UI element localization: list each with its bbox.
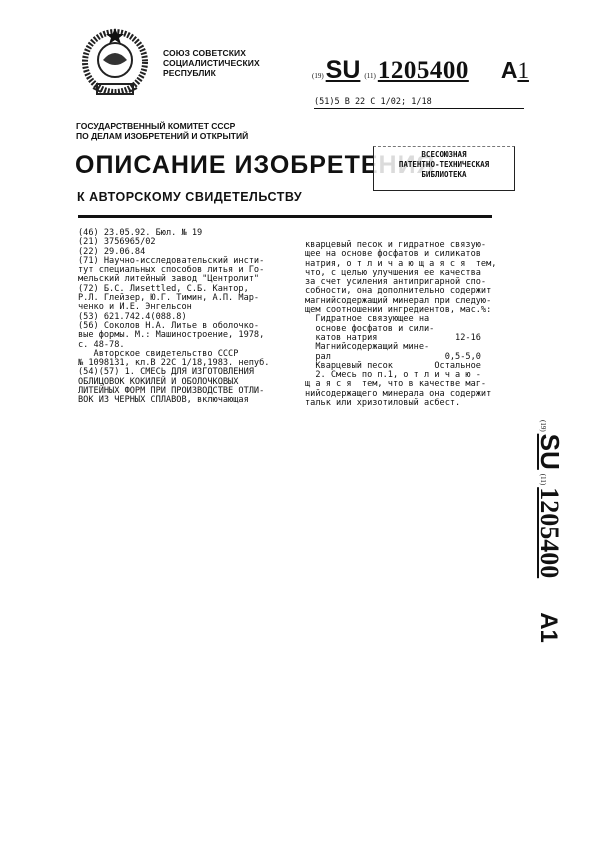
stamp-line: ВСЕСОЮЗНАЯ	[374, 150, 514, 160]
stamp-line: БИБЛИОТЕКА	[374, 170, 514, 180]
ussr-emblem-icon	[73, 22, 157, 106]
country-code: SU	[326, 56, 361, 84]
side-patent-number: (19)SU (11)1205400 A1	[535, 420, 565, 680]
text-line: ВОК ИЗ ЧЕРНЫХ СПЛАВОВ, включающая	[78, 396, 269, 405]
committee-name: ГОСУДАРСТВЕННЫЙ КОМИТЕТ СССР ПО ДЕЛАМ ИЗ…	[76, 121, 248, 141]
text-line: тальк или хризотиловый асбест.	[305, 399, 496, 408]
stamp-line: ПАТЕНТНО-ТЕХНИЧЕСКАЯ	[374, 160, 514, 170]
union-line: СОЦИАЛИСТИЧЕСКИХ	[163, 58, 260, 68]
side-country-code: SU	[535, 434, 565, 470]
committee-line: ПО ДЕЛАМ ИЗОБРЕТЕНИЙ И ОТКРЫТИЙ	[76, 131, 248, 141]
patent-number: 1205400	[378, 57, 469, 84]
bibliographic-column: (46) 23.05.92. Бюл. № 19(21) 3756965/02(…	[78, 229, 269, 406]
union-line: РЕСПУБЛИК	[163, 68, 260, 78]
ipc-classification: (51)5 B 22 C 1/02; 1/18	[314, 97, 524, 109]
patent-kind-number: 1	[517, 58, 529, 83]
patent-kind: A	[501, 57, 518, 83]
side-patent-number-text: 1205400	[535, 487, 564, 578]
side-country-code-label: (19)	[539, 420, 547, 432]
library-stamp: ВСЕСОЮЗНАЯ ПАТЕНТНО-ТЕХНИЧЕСКАЯ БИБЛИОТЕ…	[373, 146, 515, 191]
committee-line: ГОСУДАРСТВЕННЫЙ КОМИТЕТ СССР	[76, 121, 248, 131]
union-line: СОЮЗ СОВЕТСКИХ	[163, 48, 260, 58]
claims-column: кварцевый песок и гидратное связую-щее н…	[305, 241, 496, 408]
document-subtitle: К АВТОРСКОМУ СВИДЕТЕЛЬСТВУ	[77, 190, 302, 204]
union-name: СОЮЗ СОВЕТСКИХ СОЦИАЛИСТИЧЕСКИХ РЕСПУБЛИ…	[163, 48, 260, 78]
header-divider	[78, 215, 492, 218]
side-patent-kind: A1	[535, 612, 562, 643]
number-code-label: (11)	[364, 72, 375, 80]
country-code-label: (19)	[312, 72, 324, 80]
patent-number-block: (19)SU (11)1205400 A1	[312, 56, 529, 85]
side-number-code-label: (11)	[539, 474, 547, 485]
